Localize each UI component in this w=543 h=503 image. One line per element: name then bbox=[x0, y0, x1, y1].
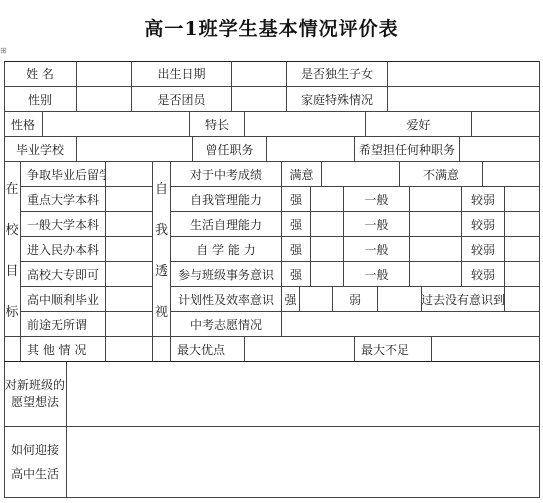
label-specialty: 特长 bbox=[190, 112, 245, 137]
blank-cell bbox=[153, 337, 171, 362]
label-ability: 生活自理能力 bbox=[171, 212, 282, 237]
average-field[interactable] bbox=[410, 212, 462, 237]
only-child-field[interactable] bbox=[388, 61, 540, 87]
expectation-field[interactable] bbox=[67, 362, 540, 427]
option-average: 一般 bbox=[344, 187, 410, 212]
satisfied-field[interactable] bbox=[322, 162, 400, 187]
goal-item: 前途无所谓 bbox=[21, 312, 106, 337]
goal-field[interactable] bbox=[106, 262, 153, 287]
goal-field[interactable] bbox=[106, 237, 153, 262]
option-strong: 强 bbox=[282, 262, 311, 287]
label-welcome: 如何迎接 高中生活 bbox=[4, 427, 67, 498]
option-strong: 强 bbox=[282, 237, 311, 262]
label-exam-result: 对于中考成绩 bbox=[171, 162, 282, 187]
goal-item: 进入民办本科 bbox=[21, 237, 106, 262]
league-field[interactable] bbox=[232, 87, 287, 112]
welcome-field[interactable] bbox=[67, 427, 540, 498]
weak-field[interactable] bbox=[505, 237, 540, 262]
label-gender: 性别 bbox=[4, 87, 77, 112]
option-weak: 较弱 bbox=[462, 187, 505, 212]
label-only-child: 是否独生子女 bbox=[287, 61, 388, 87]
weak-field[interactable] bbox=[378, 287, 422, 312]
self-view-char: 视 bbox=[155, 301, 168, 320]
birth-field[interactable] bbox=[232, 61, 287, 87]
goal-field[interactable] bbox=[106, 212, 153, 237]
goal-item: 重点大学本科 bbox=[21, 187, 106, 212]
label-school-goals: 在 校 目 标 bbox=[4, 162, 21, 337]
option-average: 一般 bbox=[344, 262, 410, 287]
specialty-field[interactable] bbox=[245, 112, 366, 137]
option-weak: 较弱 bbox=[462, 237, 505, 262]
wish-post-field[interactable] bbox=[460, 137, 540, 162]
self-view-char: 自 bbox=[155, 178, 168, 197]
blank-cell bbox=[4, 337, 21, 362]
weak-field[interactable] bbox=[505, 212, 540, 237]
goal-item: 一般大学本科 bbox=[21, 212, 106, 237]
family-field[interactable] bbox=[388, 87, 540, 112]
label-worst: 最大不足 bbox=[355, 337, 432, 362]
average-field[interactable] bbox=[410, 237, 462, 262]
page-title: 高一1班学生基本情况评价表 bbox=[0, 14, 543, 41]
gender-field[interactable] bbox=[77, 87, 132, 112]
strong-field[interactable] bbox=[311, 212, 344, 237]
label-best: 最大优点 bbox=[171, 337, 245, 362]
option-satisfied: 满意 bbox=[282, 162, 322, 187]
label-wish-post: 希望担任何种职务 bbox=[355, 137, 460, 162]
goal-field[interactable] bbox=[106, 287, 153, 312]
unsatisfied-field[interactable] bbox=[483, 162, 540, 187]
welcome-line: 高中生活 bbox=[11, 462, 59, 486]
option-weak: 较弱 bbox=[462, 212, 505, 237]
goals-char: 标 bbox=[5, 301, 18, 320]
goal-item: 高校大专即可 bbox=[21, 262, 106, 287]
goal-field[interactable] bbox=[106, 187, 153, 212]
self-view-char: 我 bbox=[155, 219, 168, 238]
exam-wish-field[interactable] bbox=[282, 312, 540, 337]
option-not-aware: 过去没有意识到 bbox=[422, 287, 505, 312]
goal-item: 争取毕业后留学 bbox=[21, 162, 106, 187]
welcome-line: 如何迎接 bbox=[11, 438, 59, 462]
school-field[interactable] bbox=[77, 137, 193, 162]
label-other: 其 他 情 况 bbox=[21, 337, 106, 362]
hobby-field[interactable] bbox=[472, 112, 540, 137]
goals-char: 校 bbox=[5, 219, 18, 238]
personality-field[interactable] bbox=[43, 112, 190, 137]
label-league: 是否团员 bbox=[132, 87, 232, 112]
label-ability: 自我管理能力 bbox=[171, 187, 282, 212]
name-field[interactable] bbox=[77, 61, 132, 87]
former-post-field[interactable] bbox=[267, 137, 355, 162]
label-birth: 出生日期 bbox=[132, 61, 232, 87]
option-average: 一般 bbox=[344, 212, 410, 237]
other-field[interactable] bbox=[106, 337, 153, 362]
label-expectation: 对新班级的 愿望想法 bbox=[4, 362, 67, 427]
option-strong: 强 bbox=[282, 187, 311, 212]
average-field[interactable] bbox=[410, 262, 462, 287]
worst-field[interactable] bbox=[432, 337, 540, 362]
goal-field[interactable] bbox=[106, 162, 153, 187]
label-self-view: 自 我 透 视 bbox=[153, 162, 171, 337]
table-anchor-icon: ⊞ bbox=[0, 46, 7, 55]
label-ability: 自 学 能 力 bbox=[171, 237, 282, 262]
option-weak: 较弱 bbox=[462, 262, 505, 287]
goals-char: 在 bbox=[5, 178, 18, 197]
option-strong: 强 bbox=[282, 212, 311, 237]
goal-item: 高中顺利毕业 bbox=[21, 287, 106, 312]
option-strong: 强 bbox=[282, 287, 300, 312]
goals-char: 目 bbox=[5, 260, 18, 279]
strong-field[interactable] bbox=[311, 187, 344, 212]
weak-field[interactable] bbox=[505, 187, 540, 212]
label-school: 毕业学校 bbox=[4, 137, 77, 162]
expect-line: 对新班级的 bbox=[5, 377, 65, 394]
not-aware-field[interactable] bbox=[505, 287, 540, 312]
label-exam-wish: 中考志愿情况 bbox=[171, 312, 282, 337]
strong-field[interactable] bbox=[300, 287, 333, 312]
expect-line: 愿望想法 bbox=[11, 394, 59, 411]
self-view-char: 透 bbox=[155, 260, 168, 279]
strong-field[interactable] bbox=[311, 237, 344, 262]
label-planning: 计划性及效率意识 bbox=[171, 287, 282, 312]
best-field[interactable] bbox=[245, 337, 355, 362]
option-weak: 弱 bbox=[333, 287, 378, 312]
weak-field[interactable] bbox=[505, 262, 540, 287]
average-field[interactable] bbox=[410, 187, 462, 212]
label-hobby: 爱好 bbox=[366, 112, 472, 137]
label-former-post: 曾任职务 bbox=[193, 137, 267, 162]
label-ability: 参与班级事务意识 bbox=[171, 262, 282, 287]
label-name: 姓 名 bbox=[4, 61, 77, 87]
goal-field[interactable] bbox=[106, 312, 153, 337]
strong-field[interactable] bbox=[311, 262, 344, 287]
label-family: 家庭特殊情况 bbox=[287, 87, 388, 112]
option-unsatisfied: 不满意 bbox=[400, 162, 483, 187]
label-personality: 性格 bbox=[4, 112, 43, 137]
option-average: 一般 bbox=[344, 237, 410, 262]
